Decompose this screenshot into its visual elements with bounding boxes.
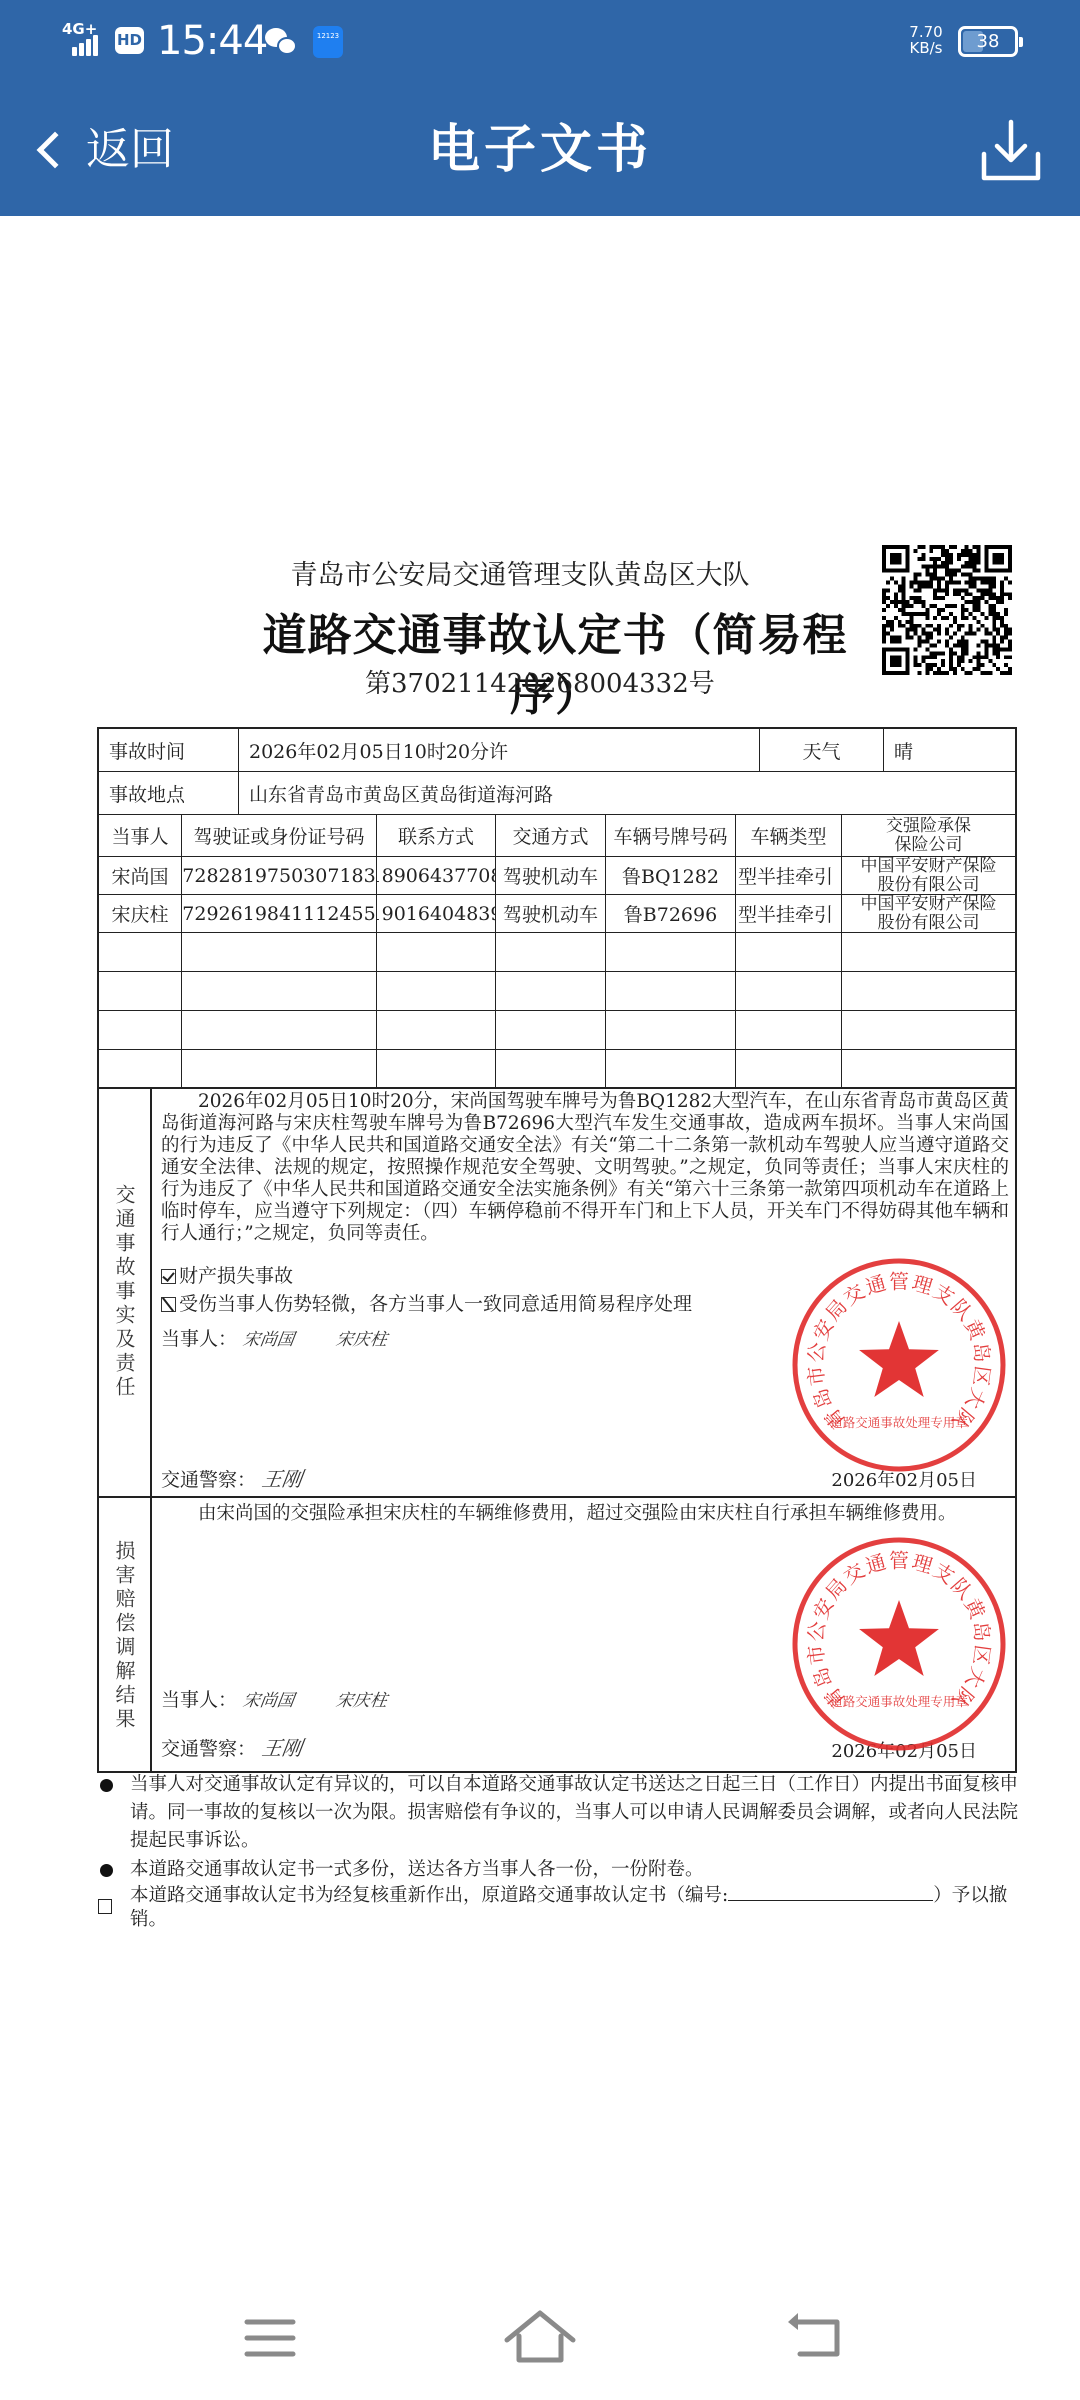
- empty-cell: [606, 972, 736, 1011]
- document-number: 第370211420268004332号: [365, 664, 715, 704]
- svg-text:市: 市: [803, 1364, 829, 1387]
- empty-cell: [842, 933, 1015, 972]
- download-icon: [980, 118, 1042, 182]
- table-cell: 鲁BQ1282: [606, 857, 736, 895]
- empty-cell: [377, 1050, 496, 1089]
- svg-text:管: 管: [889, 1270, 909, 1294]
- empty-cell: [842, 1050, 1015, 1089]
- svg-text:公: 公: [803, 1620, 830, 1643]
- wechat-icon: [265, 26, 301, 58]
- table-cell: 372828197503071837: [182, 857, 377, 895]
- empty-cell: [182, 972, 377, 1011]
- empty-cell: [736, 1011, 842, 1050]
- checkbox-checked-icon: [161, 1269, 176, 1284]
- signature-party-2: 宋庆柱: [334, 1687, 389, 1715]
- column-header: 车辆号牌号码: [606, 815, 736, 857]
- signal-bars-icon: [72, 35, 98, 56]
- svg-text:管: 管: [889, 1549, 909, 1573]
- empty-cell: [842, 972, 1015, 1011]
- empty-cell: [496, 933, 606, 972]
- svg-text:道路交通事故处理专用章: 道路交通事故处理专用章: [830, 1415, 968, 1430]
- table-cell: 宋尚国: [99, 857, 182, 895]
- hd-badge: HD: [115, 27, 144, 54]
- qr-code: [882, 545, 1012, 675]
- battery-indicator: 38: [958, 26, 1018, 57]
- svg-text:岛: 岛: [968, 1620, 995, 1643]
- table-cell: 中国平安财产保险 股份有限公司: [842, 857, 1015, 895]
- empty-cell: [736, 1050, 842, 1089]
- svg-text:岛: 岛: [968, 1341, 995, 1364]
- column-header: 交通方式: [496, 815, 606, 857]
- checkbox-slashed-icon: [161, 1297, 176, 1312]
- table-cell: 19016404839: [377, 895, 496, 933]
- svg-text:道路交通事故处理专用章: 道路交通事故处理专用章: [830, 1694, 968, 1709]
- column-header: 驾驶证或身份证号码: [182, 815, 377, 857]
- facts-text: 2026年02月05日10时20分，宋尚国驾驶车牌号为鲁BQ1282大型汽车，在…: [161, 1091, 1009, 1245]
- empty-cell: [377, 1011, 496, 1050]
- bullet-icon: [100, 1864, 113, 1877]
- empty-cell: [99, 933, 182, 972]
- home-button[interactable]: [500, 2310, 580, 2365]
- menu-icon: [230, 2310, 310, 2365]
- label-accident-place: 事故地点: [99, 772, 239, 815]
- status-bar: 4G+ HD 15:44 12123 7.70 KB/s 38: [0, 0, 1080, 80]
- empty-cell: [496, 1050, 606, 1089]
- table-cell: 驾驶机动车: [496, 895, 606, 933]
- damage-label: 损害赔偿调解结果: [99, 1498, 152, 1773]
- accident-info-table: 事故时间 2026年02月05日10时20分许 天气 晴 事故地点 山东省青岛市…: [97, 727, 1017, 1089]
- bullet-icon: [100, 1779, 113, 1792]
- checkbox-empty-icon: [98, 1899, 112, 1914]
- svg-text:区: 区: [969, 1364, 995, 1387]
- empty-cell: [99, 1050, 182, 1089]
- accident-time-value: 2026年02月05日10时20分许: [239, 729, 760, 772]
- download-button[interactable]: [980, 118, 1042, 182]
- svg-text:通: 通: [863, 1550, 889, 1579]
- accident-place-value: 山东省青岛市黄岛区黄岛街道海河路: [239, 772, 1015, 815]
- issuing-agency: 青岛市公安局交通管理支队黄岛区大队: [240, 556, 800, 596]
- svg-text:公: 公: [803, 1341, 830, 1364]
- back-icon: [780, 2310, 860, 2365]
- empty-cell: [496, 1011, 606, 1050]
- signature-party-2: 宋庆柱: [334, 1326, 389, 1354]
- damage-police-signature: 交通警察： 王刚: [161, 1734, 302, 1763]
- table-cell: 宋庆柱: [99, 895, 182, 933]
- empty-cell: [496, 972, 606, 1011]
- column-header: 车辆类型: [736, 815, 842, 857]
- checkbox-minor-injury[interactable]: 受伤当事人伤势轻微，各方当事人一致同意适用简易程序处理: [161, 1291, 692, 1317]
- empty-cell: [606, 1050, 736, 1089]
- table-cell: 中国平安财产保险 股份有限公司: [842, 895, 1015, 933]
- damage-party-signatures: 当事人： 宋尚国 宋庆柱: [161, 1686, 387, 1715]
- battery-percent: 38: [961, 29, 1015, 54]
- facts-content: 2026年02月05日10时20分，宋尚国驾驶车牌号为鲁BQ1282大型汽车，在…: [155, 1087, 1009, 1496]
- label-weather: 天气: [760, 729, 884, 772]
- table-cell: 鲁B72696: [606, 895, 736, 933]
- facts-label: 交通事故事实及责任: [99, 1087, 152, 1496]
- home-icon: [500, 2310, 580, 2365]
- table-cell: 18906437708: [377, 857, 496, 895]
- facts-section: 交通事故事实及责任 2026年02月05日10时20分，宋尚国驾驶车牌号为鲁BQ…: [99, 1087, 1015, 1498]
- signal-indicator: 4G+: [62, 22, 110, 56]
- damage-content: 由宋尚国的交强险承担宋庆柱的车辆维修费用，超过交强险由宋庆柱自行承担车辆维修费用…: [155, 1498, 1009, 1773]
- note-item: 本道路交通事故认定书一式多份，送达各方当事人各一份，一份附卷。: [92, 1859, 1022, 1881]
- empty-cell: [182, 933, 377, 972]
- app-header: 4G+ HD 15:44 12123 7.70 KB/s 38 返回 电子文书: [0, 0, 1080, 216]
- battery-tip: [1019, 37, 1023, 47]
- clock: 15:44: [157, 16, 267, 66]
- signature-party-1: 宋尚国: [241, 1326, 296, 1354]
- empty-cell: [606, 933, 736, 972]
- empty-cell: [99, 972, 182, 1011]
- 12123-app-icon: 12123: [313, 26, 343, 58]
- table-cell: 372926198411124556: [182, 895, 377, 933]
- facts-party-signatures: 当事人： 宋尚国 宋庆柱: [161, 1325, 387, 1354]
- empty-cell: [377, 972, 496, 1011]
- facts-and-damage-box: 交通事故事实及责任 2026年02月05日10时20分，宋尚国驾驶车牌号为鲁BQ…: [97, 1087, 1017, 1773]
- signature-police: 王刚: [260, 1734, 304, 1762]
- page-title: 电子文书: [0, 118, 1080, 182]
- notes: 当事人对交通事故认定有异议的，可以自本道路交通事故认定书送达之日起三日（工作日）…: [92, 1771, 1022, 1936]
- table-cell: 型半挂牵引: [736, 857, 842, 895]
- empty-cell: [842, 1011, 1015, 1050]
- menu-button[interactable]: [230, 2310, 310, 2365]
- signature-police: 王刚: [260, 1465, 304, 1493]
- back-nav-button[interactable]: [780, 2310, 860, 2365]
- svg-text:区: 区: [969, 1643, 995, 1666]
- empty-cell: [736, 972, 842, 1011]
- empty-cell: [377, 933, 496, 972]
- table-cell: 驾驶机动车: [496, 857, 606, 895]
- label-accident-time: 事故时间: [99, 729, 239, 772]
- document-viewer[interactable]: 青岛市公安局交通管理支队黄岛区大队 道路交通事故认定书（简易程序） 第37021…: [0, 216, 1080, 2260]
- empty-cell: [182, 1050, 377, 1089]
- damage-section: 损害赔偿调解结果 由宋尚国的交强险承担宋庆柱的车辆维修费用，超过交强险由宋庆柱自…: [99, 1498, 1015, 1773]
- column-header: 联系方式: [377, 815, 496, 857]
- svg-text:市: 市: [803, 1643, 829, 1666]
- empty-cell: [736, 933, 842, 972]
- empty-cell: [99, 1011, 182, 1050]
- table-cell: 型半挂牵引: [736, 895, 842, 933]
- system-nav-bar: [0, 2260, 1080, 2400]
- damage-text: 由宋尚国的交强险承担宋庆柱的车辆维修费用，超过交强险由宋庆柱自行承担车辆维修费用…: [161, 1502, 1009, 1526]
- svg-text:通: 通: [863, 1271, 889, 1300]
- blank-field: [728, 1883, 933, 1901]
- checkbox-property-loss[interactable]: 财产损失事故: [161, 1263, 293, 1289]
- note-item: 当事人对交通事故认定有异议的，可以自本道路交通事故认定书送达之日起三日（工作日）…: [92, 1771, 1022, 1855]
- network-speed: 7.70 KB/s: [906, 24, 946, 56]
- empty-cell: [182, 1011, 377, 1050]
- official-seal-stamp: 青岛市公安局交通管理支队黄岛区大队道路交通事故处理专用章: [789, 1534, 1009, 1754]
- column-header: 交强险承保 保险公司: [842, 815, 1015, 857]
- note-item: 本道路交通事故认定书为经复核重新作出，原道路交通事故认定书（编号:）予以撤销。: [92, 1883, 1022, 1932]
- official-seal-stamp: 青岛市公安局交通管理支队黄岛区大队道路交通事故处理专用章: [789, 1255, 1009, 1475]
- signature-party-1: 宋尚国: [241, 1687, 296, 1715]
- empty-cell: [606, 1011, 736, 1050]
- column-header: 当事人: [99, 815, 182, 857]
- weather-value: 晴: [884, 729, 1015, 772]
- facts-police-signature: 交通警察： 王刚: [161, 1465, 302, 1494]
